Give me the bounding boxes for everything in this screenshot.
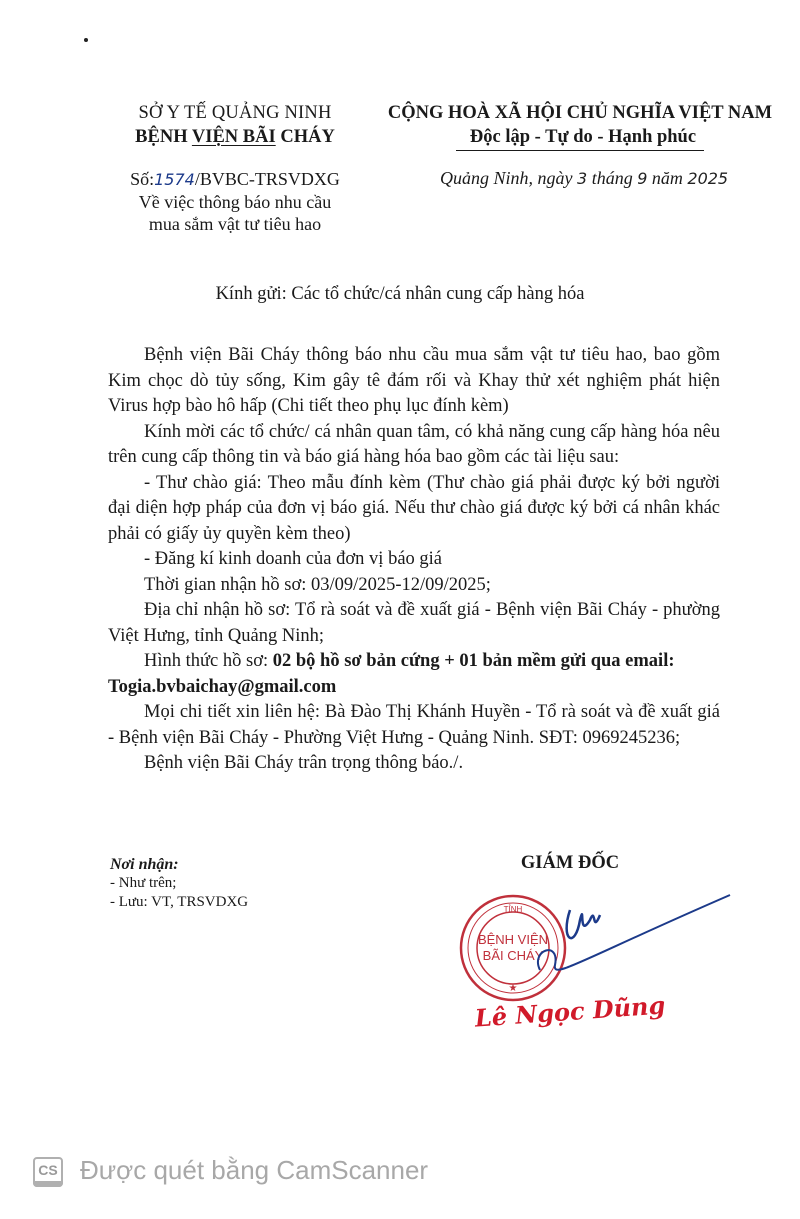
recipients-block: Nơi nhận: - Như trên; - Lưu: VT, TRSVDXG <box>110 855 248 912</box>
handwritten-signature-icon <box>500 880 740 990</box>
handwritten-year: 2025 <box>687 169 728 188</box>
handwritten-day: 3 <box>577 169 587 188</box>
email-address[interactable]: Togia.bvbaichay@gmail.com <box>108 675 720 701</box>
nation-title: CỘNG HOÀ XÃ HỘI CHỦ NGHĨA VIỆT NAM <box>380 101 780 125</box>
hospital-name: BỆNH VIỆN BÃI CHÁY <box>110 125 360 149</box>
date-line: Quảng Ninh, ngày 3 tháng 9 năm 2025 <box>440 168 780 189</box>
body-paragraph: Địa chỉ nhận hồ sơ: Tổ rà soát và đề xuấ… <box>108 598 720 649</box>
handwritten-number: 1574 <box>154 170 195 189</box>
scanner-watermark: Được quét bằng CamScanner <box>80 1155 428 1186</box>
issuer-header: SỞ Y TẾ QUẢNG NINH BỆNH VIỆN BÃI CHÁY <box>110 101 360 149</box>
body-paragraph: - Đăng kí kinh doanh của đơn vị báo giá <box>108 547 720 573</box>
national-header: CỘNG HOÀ XÃ HỘI CHỦ NGHĨA VIỆT NAM Độc l… <box>380 101 780 151</box>
camscanner-logo-icon: CS <box>33 1157 63 1187</box>
letter-body: Bệnh viện Bãi Cháy thông báo nhu cầu mua… <box>108 343 720 777</box>
body-paragraph: Kính mời các tổ chức/ cá nhân quan tâm, … <box>108 420 720 471</box>
subject-line-1: Về việc thông báo nhu cầu <box>110 191 360 213</box>
recipients-title: Nơi nhận: <box>110 855 248 874</box>
document-number: Số:1574/BVBC-TRSVDXG <box>110 168 360 191</box>
department-name: SỞ Y TẾ QUẢNG NINH <box>110 101 360 125</box>
recipient-item: - Lưu: VT, TRSVDXG <box>110 893 248 912</box>
body-paragraph: - Thư chào giá: Theo mẫu đính kèm (Thư c… <box>108 471 720 548</box>
scan-speck <box>84 38 88 42</box>
signer-role: GIÁM ĐỐC <box>470 853 670 874</box>
document-number-block: Số:1574/BVBC-TRSVDXG Về việc thông báo n… <box>110 168 360 235</box>
recipient-item: - Như trên; <box>110 874 248 893</box>
body-paragraph: Thời gian nhận hồ sơ: 03/09/2025-12/09/2… <box>108 573 720 599</box>
national-motto: Độc lập - Tự do - Hạnh phúc <box>456 125 704 151</box>
greeting: Kính gửi: Các tổ chức/cá nhân cung cấp h… <box>0 284 800 305</box>
body-paragraph: Bệnh viện Bãi Cháy trân trọng thông báo.… <box>108 751 720 777</box>
handwritten-month: 9 <box>637 169 647 188</box>
body-paragraph: Bệnh viện Bãi Cháy thông báo nhu cầu mua… <box>108 343 720 420</box>
body-paragraph: Mọi chi tiết xin liên hệ: Bà Đào Thị Khá… <box>108 700 720 751</box>
body-paragraph: Hình thức hồ sơ: 02 bộ hồ sơ bản cứng + … <box>108 649 720 675</box>
subject-line-2: mua sắm vật tư tiêu hao <box>110 213 360 235</box>
